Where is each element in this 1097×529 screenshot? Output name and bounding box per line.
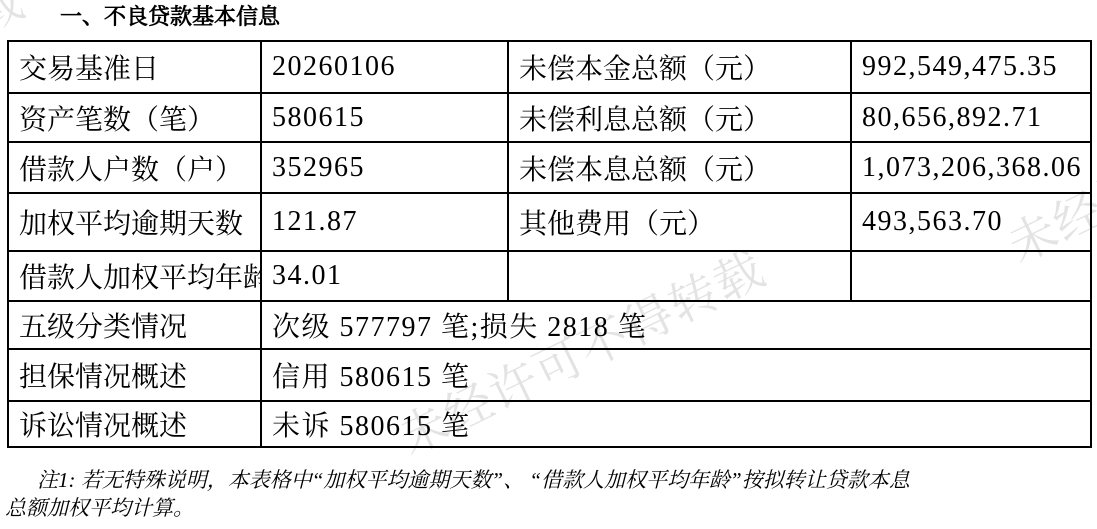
label-cell: 借款人户数（户）: [8, 142, 261, 193]
empty-cell: [851, 251, 1091, 301]
label-cell: 加权平均逾期天数: [8, 193, 261, 251]
value-cell: 1,073,206,368.06: [851, 142, 1091, 193]
table-row: 五级分类情况 次级 577797 笔;损失 2818 笔: [8, 301, 1091, 349]
value-cell: 信用 580615 笔: [261, 349, 1091, 401]
value-cell: 80,656,892.71: [851, 93, 1091, 142]
loan-info-table: 交易基准日 20260106 未偿本金总额（元） 992,549,475.35 …: [7, 40, 1092, 448]
footnote: 注1: 若无特殊说明，本表格中“加权平均逾期天数”、 “借款人加权平均年龄”按拟…: [0, 466, 1097, 522]
table-row: 交易基准日 20260106 未偿本金总额（元） 992,549,475.35: [8, 41, 1091, 93]
label-cell: 未偿本息总额（元）: [508, 142, 851, 193]
table-row: 加权平均逾期天数 121.87 其他费用（元） 493,563.70: [8, 193, 1091, 251]
value-cell: 352965: [261, 142, 508, 193]
label-cell: 诉讼情况概述: [8, 401, 261, 447]
table-row: 借款人加权平均年龄 34.01: [8, 251, 1091, 301]
label-cell: 资产笔数（笔）: [8, 93, 261, 142]
label-cell: 担保情况概述: [8, 349, 261, 401]
section-title: 一、不良贷款基本信息: [60, 2, 280, 32]
table-row: 借款人户数（户） 352965 未偿本息总额（元） 1,073,206,368.…: [8, 142, 1091, 193]
table-row: 担保情况概述 信用 580615 笔: [8, 349, 1091, 401]
empty-cell: [508, 251, 851, 301]
label-cell: 未偿利息总额（元）: [508, 93, 851, 142]
value-cell: 未诉 580615 笔: [261, 401, 1091, 447]
label-cell: 其他费用（元）: [508, 193, 851, 251]
footnote-line-1: 注1: 若无特殊说明，本表格中“加权平均逾期天数”、 “借款人加权平均年龄”按拟…: [37, 466, 1097, 494]
label-cell: 交易基准日: [8, 41, 261, 93]
value-cell: 121.87: [261, 193, 508, 251]
label-cell: 借款人加权平均年龄: [8, 251, 261, 301]
table-row: 诉讼情况概述 未诉 580615 笔: [8, 401, 1091, 447]
label-cell: 未偿本金总额（元）: [508, 41, 851, 93]
value-cell: 992,549,475.35: [851, 41, 1091, 93]
value-cell: 34.01: [261, 251, 508, 301]
value-cell: 580615: [261, 93, 508, 142]
table-row: 资产笔数（笔） 580615 未偿利息总额（元） 80,656,892.71: [8, 93, 1091, 142]
value-cell: 20260106: [261, 41, 508, 93]
label-cell: 五级分类情况: [8, 301, 261, 349]
value-cell: 次级 577797 笔;损失 2818 笔: [261, 301, 1091, 349]
value-cell: 493,563.70: [851, 193, 1091, 251]
footnote-line-2: 总额加权平均计算。: [5, 494, 1097, 522]
